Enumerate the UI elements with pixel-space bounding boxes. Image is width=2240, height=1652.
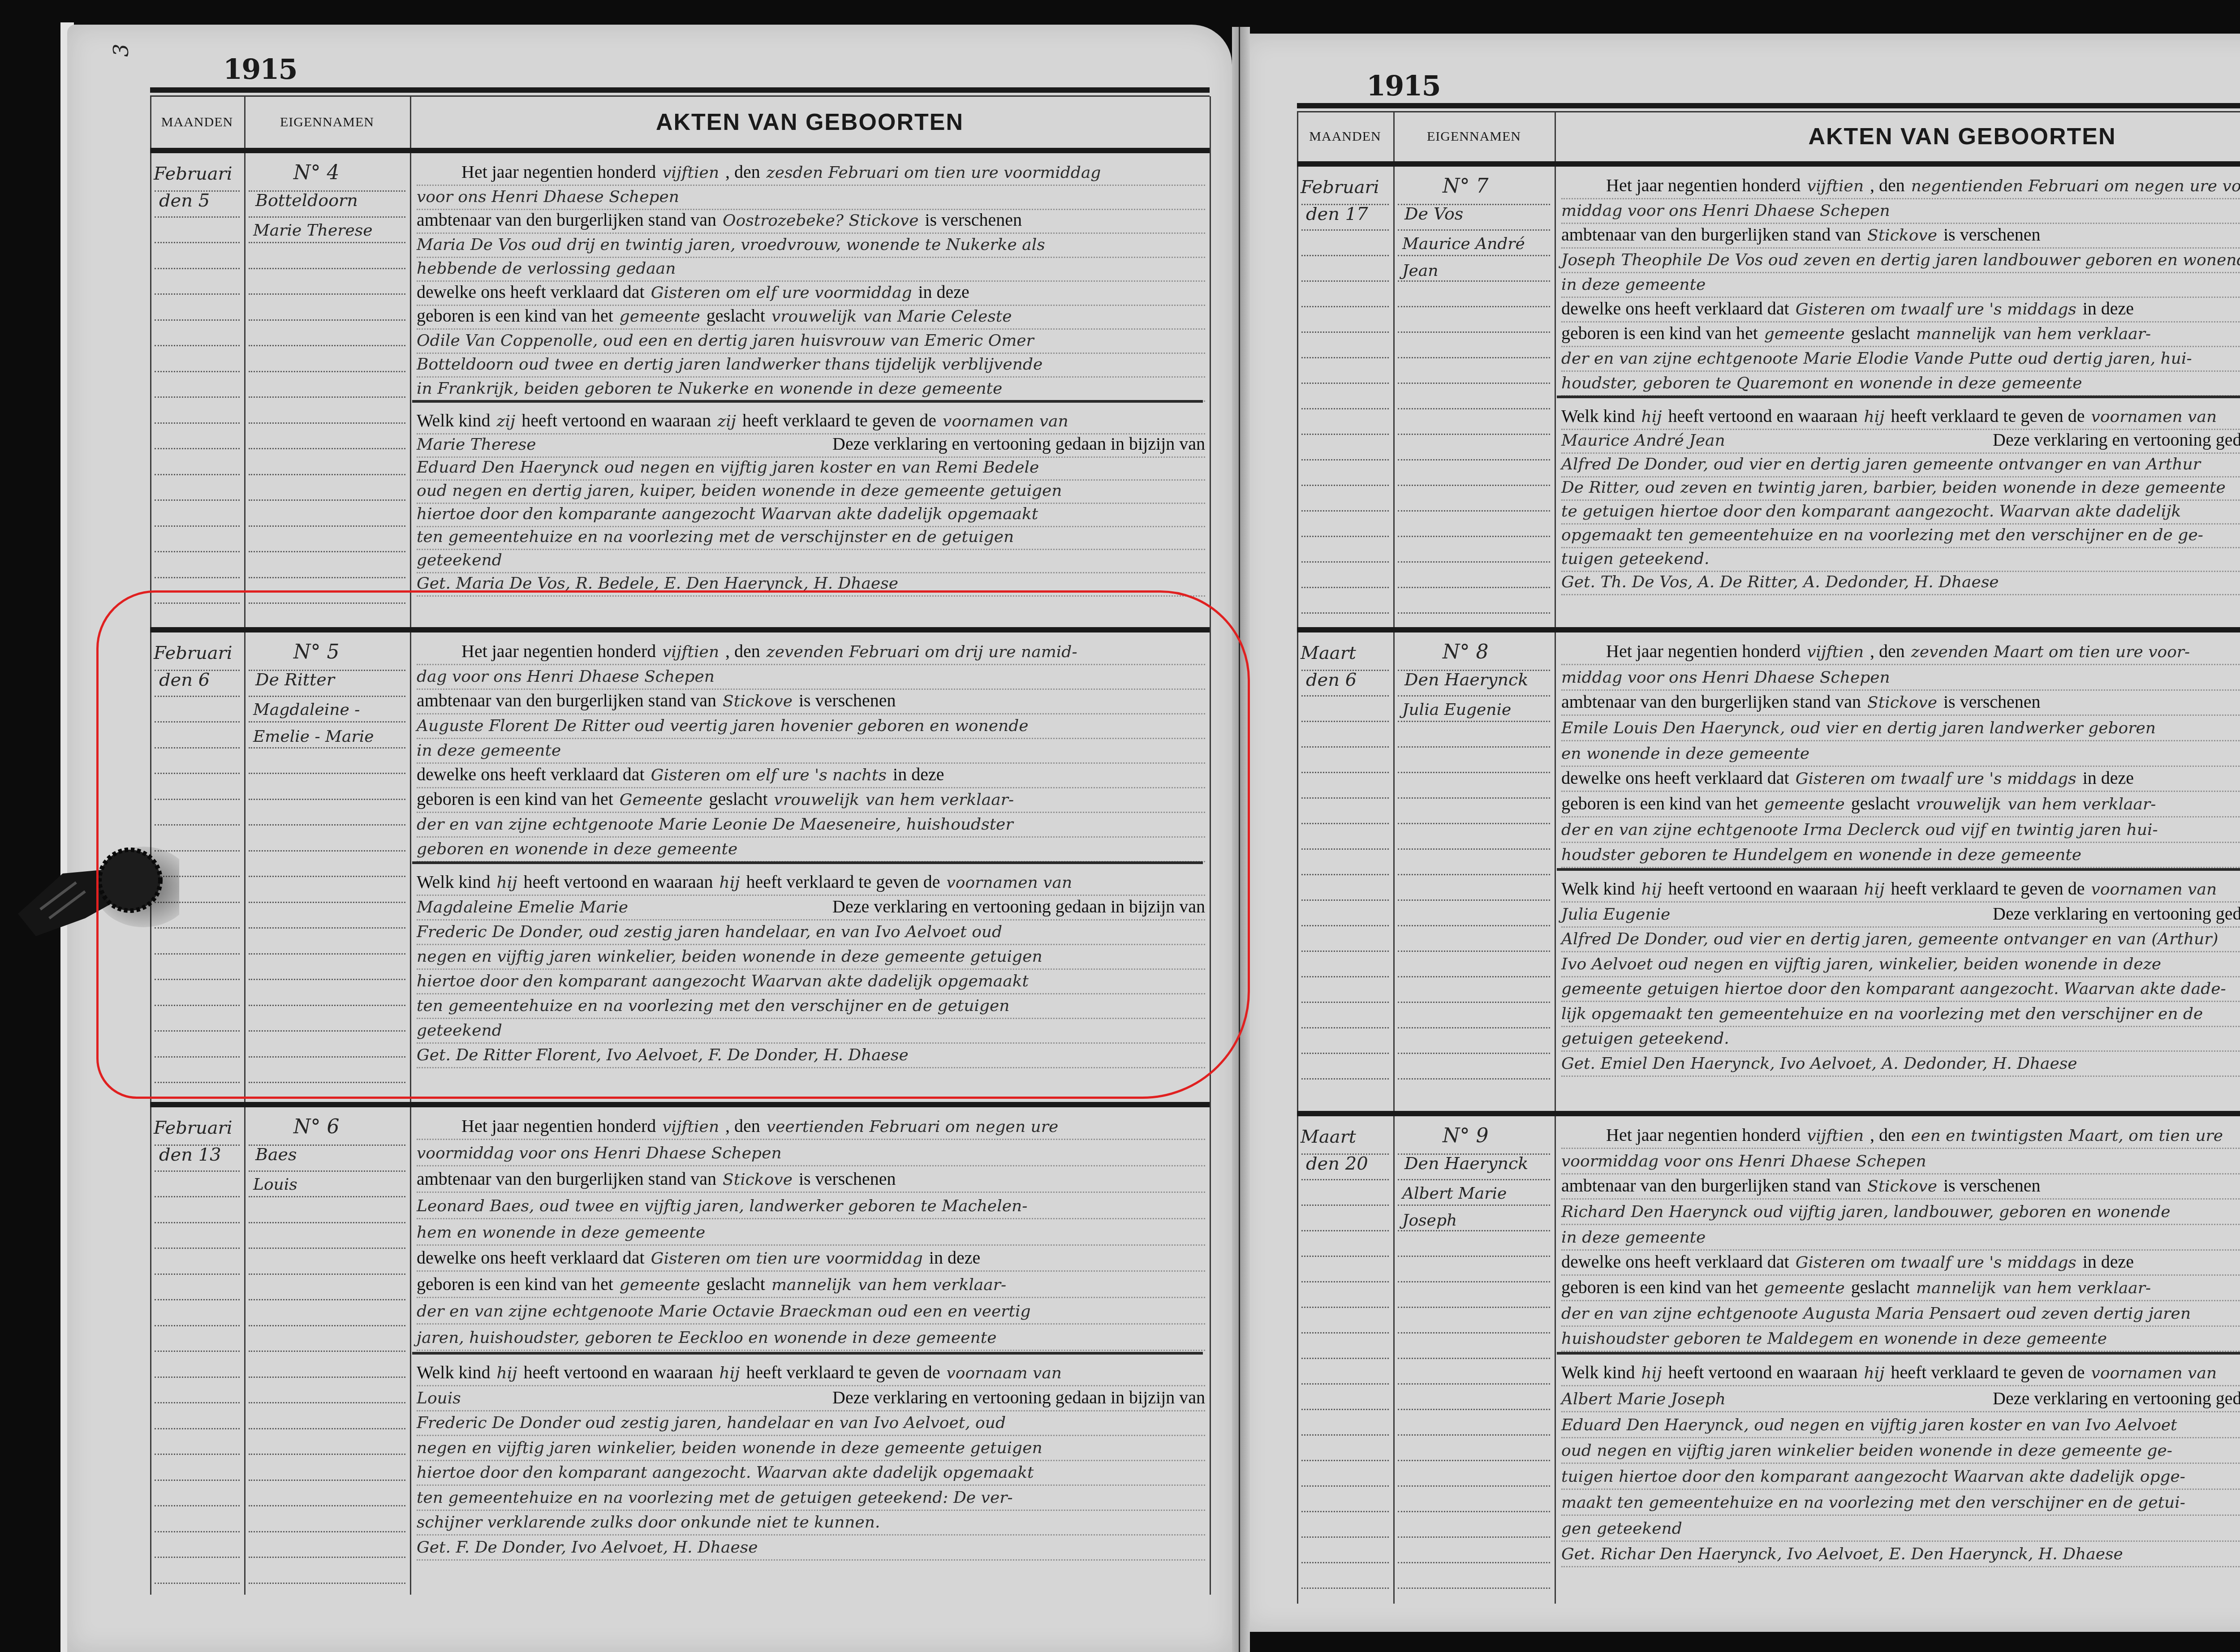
act-line: huishoudster geboren te Maldegem en wone… (1561, 1327, 2240, 1350)
printed-text: dewelke ons heeft verklaard dat (417, 282, 645, 302)
ruled-dotted-line (155, 1273, 240, 1275)
ruled-dotted-line (1301, 874, 1389, 875)
ruled-dotted-line (1301, 485, 1389, 486)
gutter-line (1239, 27, 1240, 1652)
handwritten-text: hij (1864, 408, 1885, 426)
ruled-dotted-line (1301, 1027, 1389, 1028)
ruled-dotted-line (1398, 1587, 1550, 1589)
ruled-dotted-line (249, 474, 405, 475)
handwritten-text: Leonard Baes, oud twee en vijftig jaren,… (417, 1197, 1027, 1215)
ruled-dotted-line (1561, 664, 2240, 665)
declaration-line: Deze verklaring en vertooning gedaan in … (1561, 1388, 2240, 1410)
handwritten-text: der en van zijne echtgenoote Irma Decler… (1561, 821, 2158, 839)
handwritten-text: voornamen van (2091, 408, 2217, 426)
handwritten-text: hij (1864, 880, 1885, 899)
header-top-rule (1297, 103, 2240, 108)
handwritten-text: Albert Marie Joseph (1561, 1390, 1726, 1408)
entry-surname: Baes (255, 1144, 297, 1164)
act-line: Het jaar negentien honderdvijftien, denz… (1606, 641, 2240, 663)
column-divider (1393, 112, 1395, 1604)
ruled-dotted-line (417, 1323, 1205, 1325)
handwritten-text: mannelijk (771, 1276, 852, 1294)
declaration-line: hiertoe door den komparante aangezocht W… (417, 503, 1205, 525)
ruled-dotted-line (1398, 357, 1550, 358)
entry-given-names: Albert Marie Joseph (1402, 1180, 1550, 1234)
handwritten-text: gemeente (1764, 325, 1845, 343)
handwritten-text: Gisteren om twaalf ure 's middags (1796, 1253, 2076, 1272)
ruled-dotted-line (1301, 1205, 1389, 1206)
handwritten-text: Gisteren om elf ure voormiddag (651, 284, 912, 302)
entry-day: den 6 (1306, 670, 1357, 690)
printed-text: ambtenaar van den burgerlijken stand van (417, 690, 716, 710)
handwritten-text: Get. F. De Donder, Ivo Aelvoet, H. Dhaes… (417, 1538, 758, 1557)
printed-text: Welk kind (417, 410, 491, 430)
ruled-dotted-line (249, 1273, 405, 1275)
handwritten-text: zevenden Februari om drij ure namid- (767, 643, 1077, 661)
handwritten-text: Frederic De Donder, oud zestig jaren han… (417, 923, 1002, 941)
ruled-dotted-line (1561, 1489, 2240, 1490)
entry-month: Februari (154, 643, 233, 663)
declaration-separator (412, 861, 1203, 864)
entry-given-names: Louis (253, 1171, 405, 1198)
ruled-dotted-line (1301, 255, 1389, 256)
entry-surname: Botteldoorn (255, 190, 358, 210)
handwritten-text: vijftien (662, 163, 719, 182)
entry-month: Februari (1301, 177, 1379, 198)
handwritten-text: Maria De Vos oud drij en twintig jaren, … (417, 236, 1045, 254)
handwritten-text: Stickove (1867, 226, 1937, 245)
ruled-dotted-line (155, 721, 240, 723)
declaration-line: ten gemeentehuize en na voorlezing met d… (417, 994, 1205, 1017)
handwritten-text: in deze gemeente (1561, 275, 1706, 294)
printed-text: Het jaar negentien honderd (461, 1116, 656, 1136)
declaration-line: Deze verklaring en vertooning gedaan in … (1561, 429, 2240, 452)
ruled-dotted-line (155, 747, 240, 749)
ruled-dotted-line (249, 319, 405, 321)
declaration-line: geteekend (417, 1019, 1205, 1041)
act-line: houdster, geboren te Quaremont en wonend… (1561, 372, 2240, 394)
declaration-line: lijk opgemaakt ten gemeentehuize en na v… (1561, 1002, 2240, 1025)
ruled-dotted-line (249, 1325, 405, 1326)
act-line: en wonende in deze gemeente (1561, 742, 2240, 765)
printed-text: Het jaar negentien honderd (1606, 1125, 1801, 1145)
printed-text: heeft verklaard te geven de (1891, 878, 2085, 899)
act-line: ambtenaar van den burgerlijken stand van… (417, 690, 1205, 712)
ruled-dotted-line (1561, 791, 2240, 792)
printed-text: heeft verklaard te geven de (1891, 1362, 2085, 1382)
handwritten-text: vijftien (1807, 643, 1864, 661)
printed-text: Welk kind (417, 1362, 491, 1382)
ruled-dotted-line (1301, 1078, 1389, 1080)
ruled-dotted-line (155, 1299, 240, 1300)
margin-mark-left: 3 (109, 43, 133, 56)
handwritten-text: lijk opgemaakt ten gemeentehuize en na v… (1561, 1005, 2203, 1023)
printed-text: Deze verklaring en vertooning gedaan in … (832, 433, 1205, 455)
ruled-dotted-line (249, 345, 405, 346)
ruled-dotted-line (155, 1325, 240, 1326)
ruled-dotted-line (1398, 331, 1550, 333)
ruled-dotted-line (1561, 740, 2240, 741)
ruled-dotted-line (1398, 1281, 1550, 1282)
ruled-dotted-line (155, 1082, 240, 1083)
ruled-dotted-line (155, 979, 240, 980)
printed-text: Deze verklaring en vertooning gedaan in … (832, 896, 1205, 917)
act-line: Leonard Baes, oud twee en vijftig jaren,… (417, 1195, 1205, 1217)
ruled-dotted-line (1561, 1514, 2240, 1516)
ruled-dotted-line (249, 1531, 405, 1532)
handwritten-text: voormiddag voor ons Henri Dhaese Schepen (1561, 1152, 1926, 1170)
ruled-dotted-line (1398, 510, 1550, 512)
handwritten-text: gemeente (620, 1276, 700, 1294)
ruled-dotted-line (155, 1056, 240, 1058)
handwritten-text: Gisteren om tien ure voormiddag (651, 1249, 923, 1268)
declaration-separator (1557, 868, 2240, 871)
ruled-dotted-line (1561, 1224, 2240, 1225)
handwritten-text: Alfred De Donder, oud vier en dertig jar… (1561, 930, 2218, 948)
ruled-dotted-line (155, 953, 240, 955)
handwritten-text: jaren, huishoudster, geboren te Eeckloo … (417, 1329, 997, 1347)
declaration-line: gemeente getuigen hiertoe door den kompa… (1561, 977, 2240, 1000)
ruled-dotted-line (1561, 1540, 2240, 1542)
act-line: dewelke ons heeft verklaard datGisteren … (417, 281, 1205, 304)
ruled-dotted-line (417, 1192, 1205, 1193)
column-divider (1297, 112, 1298, 1604)
ruled-dotted-line (1301, 587, 1389, 588)
declaration-line: ten gemeentehuize en na voorlezing met d… (417, 1486, 1205, 1509)
ruled-dotted-line (249, 1583, 405, 1584)
declaration-separator (412, 400, 1203, 403)
ruled-dotted-line (1561, 714, 2240, 716)
ruled-dotted-line (155, 1196, 240, 1197)
ruled-dotted-line (249, 577, 405, 578)
ruled-dotted-line (1301, 1460, 1389, 1461)
handwritten-text: Maurice André Jean (1561, 431, 1725, 450)
ruled-dotted-line (249, 525, 405, 527)
printed-text: geboren is een kind van het (417, 1274, 613, 1294)
handwritten-text: veertienden Februari om negen ure (767, 1118, 1058, 1136)
handwritten-text: Auguste Florent De Ritter oud veertig ja… (417, 717, 1029, 735)
handwritten-text: hij (1641, 408, 1662, 426)
printed-text: , den (725, 1116, 760, 1136)
column-header-title: Akten van geboorten (410, 96, 1210, 148)
act-line: Emile Louis Den Haerynck, oud vier en de… (1561, 717, 2240, 739)
handwritten-text: Eduard Den Haerynck, oud negen en vijfti… (1561, 1416, 2177, 1434)
handwritten-text: der en van zijne echtgenoote Marie Leoni… (417, 815, 1013, 834)
entry-day: den 17 (1306, 204, 1368, 224)
declaration-line: gen geteekend (1561, 1517, 2240, 1540)
handwritten-text: voornamen van (946, 873, 1072, 892)
printed-text: is verschenen (799, 1169, 896, 1189)
entry-day: den 5 (159, 190, 210, 211)
ruled-dotted-line (1301, 1358, 1389, 1359)
handwritten-text: Gisteren om twaalf ure 's middags (1796, 770, 2076, 788)
declaration-line: negen en vijftig jaren winkelier, beiden… (417, 945, 1205, 968)
handwritten-text: gemeente (1764, 1279, 1845, 1297)
ruled-dotted-line (1398, 1256, 1550, 1257)
printed-text: , den (725, 162, 760, 182)
ruled-dotted-line (249, 1005, 405, 1006)
ruled-dotted-line (249, 1480, 405, 1481)
printed-text: heeft vertoond en waaraan (523, 872, 713, 892)
act-line: ambtenaar van den burgerlijken stand van… (1561, 691, 2240, 714)
declaration-line: hiertoe door den komparant aangezocht. W… (417, 1461, 1205, 1484)
ruled-dotted-line (155, 602, 240, 604)
act-line: voormiddag voor ons Henri Dhaese Schepen (1561, 1150, 2240, 1172)
declaration-line: oud negen en dertig jaren, kuiper, beide… (417, 479, 1205, 502)
ruled-dotted-line (1301, 408, 1389, 409)
ruled-dotted-line (249, 1505, 405, 1506)
act-line: ambtenaar van den burgerlijken stand van… (1561, 1175, 2240, 1197)
ruled-dotted-line (1561, 1001, 2240, 1002)
ruled-dotted-line (1398, 612, 1550, 614)
act-line: geboren is een kind van hetGemeentegesla… (417, 788, 1205, 811)
ruled-dotted-line (155, 319, 240, 321)
handwritten-text: Oostrozebeke? Stickove (723, 211, 918, 230)
printed-text: heeft vertoond en waaraan (1668, 1362, 1857, 1382)
handwritten-text: der en van zijne echtgenoote Marie Octav… (417, 1302, 1031, 1321)
act-line: Het jaar negentien honderdvijftien, denz… (461, 641, 1205, 663)
act-line: voor ons Henri Dhaese Schepen (417, 185, 1205, 208)
ruled-dotted-line (1301, 331, 1389, 333)
ruled-dotted-line (249, 1056, 405, 1058)
ruled-dotted-line (1561, 1566, 2240, 1567)
declaration-line: Deze verklaring en vertooning gedaan in … (417, 1387, 1205, 1409)
handwritten-text: Marie Therese (417, 435, 536, 454)
ruled-dotted-line (1561, 842, 2240, 843)
ruled-dotted-line (1561, 951, 2240, 952)
ruled-dotted-line (155, 799, 240, 800)
ruled-dotted-line (155, 1428, 240, 1429)
act-line: in deze gemeente (417, 739, 1205, 761)
declaration-line: Eduard Den Haerynck, oud negen en vijfti… (1561, 1414, 2240, 1436)
signatures-line: Get. Richar Den Haerynck, Ivo Aelvoet, E… (1561, 1543, 2240, 1565)
entry-month: Maart (1301, 1127, 1356, 1147)
ruled-dotted-line (249, 953, 405, 955)
handwritten-text: hij (1864, 1364, 1885, 1382)
ruled-dotted-line (1301, 1332, 1389, 1334)
handwritten-text: vijftien (662, 1118, 719, 1136)
column-header-names: Eigennamen (1393, 112, 1555, 161)
ruled-dotted-line (155, 1480, 240, 1481)
signatures-line: Get. Th. De Vos, A. De Ritter, A. Dedond… (1561, 571, 2240, 593)
printed-text: Welk kind (417, 872, 491, 892)
column-divider (1555, 112, 1556, 1604)
handwritten-text: Get. Emiel Den Haerynck, Ivo Aelvoet, A.… (1561, 1054, 2077, 1073)
ruled-dotted-line (155, 422, 240, 424)
ruled-dotted-line (155, 216, 240, 218)
ruled-dotted-line (1398, 925, 1550, 926)
handwritten-text: hiertoe door den komparant aangezocht. W… (417, 1463, 1034, 1482)
declaration-line: Deze verklaring en vertooning gedaan in … (417, 433, 1205, 456)
ruled-dotted-line (249, 1428, 405, 1429)
handwritten-text: Get. De Ritter Florent, Ivo Aelvoet, F. … (417, 1046, 909, 1064)
ruled-dotted-line (417, 1460, 1205, 1461)
declaration-line: Welk kindhijheeft vertoond en waaraanhij… (1561, 878, 2240, 900)
act-line: geboren is een kind van hetgemeentegesla… (1561, 323, 2240, 345)
ruled-dotted-line (249, 876, 405, 877)
ruled-dotted-line (249, 773, 405, 774)
entry-separator-rule (1297, 161, 2240, 167)
declaration-line: Frederic De Donder oud zestig jaren, han… (417, 1411, 1205, 1434)
ruled-dotted-line (1398, 1078, 1550, 1080)
handwritten-text: Stickove (723, 692, 793, 710)
ruled-dotted-line (1398, 536, 1550, 537)
ruled-dotted-line (1398, 1536, 1550, 1538)
ruled-dotted-line (155, 824, 240, 826)
ruled-dotted-line (417, 1270, 1205, 1272)
declaration-line: geteekend (417, 549, 1205, 571)
ruled-dotted-line (1398, 1027, 1550, 1028)
handwritten-text: Magdaleine Emelie Marie (417, 898, 628, 916)
ruled-dotted-line (155, 242, 240, 243)
handwritten-text: zij (497, 412, 516, 430)
handwritten-text: vijftien (662, 643, 719, 661)
ruled-dotted-line (1561, 1026, 2240, 1027)
act-line: in deze gemeente (1561, 1226, 2240, 1248)
ruled-dotted-line (1301, 1281, 1389, 1282)
printed-text: , den (1870, 175, 1905, 195)
printed-text: Het jaar negentien honderd (461, 162, 656, 182)
entry-number: N° 4 (293, 161, 339, 184)
printed-text: Deze verklaring en vertooning gedaan in … (832, 1387, 1205, 1408)
ruled-dotted-line (1301, 797, 1389, 799)
ruled-dotted-line (155, 499, 240, 501)
declaration-line: opgemaakt ten gemeentehuize en na voorle… (1561, 524, 2240, 546)
ruled-dotted-line (249, 979, 405, 980)
ruled-dotted-line (1301, 1536, 1389, 1538)
handwritten-text: Gisteren om elf ure 's nachts (651, 766, 887, 784)
ruled-dotted-line (249, 902, 405, 903)
printed-text: geslacht (1851, 1277, 1910, 1297)
declaration-line: Welk kindhijheeft vertoond en waaraanhij… (1561, 405, 2240, 428)
ruled-dotted-line (1561, 901, 2240, 903)
printed-text: Het jaar negentien honderd (461, 641, 656, 661)
page-year-left: 1915 (223, 53, 297, 86)
ruled-dotted-line (249, 927, 405, 929)
act-line: middag voor ons Henri Dhaese Schepen (1561, 666, 2240, 688)
ruled-dotted-line (417, 1559, 1205, 1561)
ruled-dotted-line (155, 1351, 240, 1352)
handwritten-text: schijner verklarende zulks door onkunde … (417, 1513, 880, 1532)
ruled-dotted-line (249, 1222, 405, 1223)
entry-separator-rule (1297, 1111, 2240, 1116)
ruled-dotted-line (155, 551, 240, 552)
declaration-line: Deze verklaring en vertooning gedaan in … (417, 896, 1205, 918)
ruled-dotted-line (155, 1583, 240, 1584)
printed-text: in deze (2083, 298, 2134, 318)
printed-text: Welk kind (1561, 878, 1635, 899)
signatures-line: Get. Emiel Den Haerynck, Ivo Aelvoet, A.… (1561, 1052, 2240, 1075)
handwritten-text: Louis (417, 1389, 461, 1407)
ruled-dotted-line (417, 1510, 1205, 1511)
entry-number: N° 6 (293, 1115, 339, 1138)
ruled-dotted-line (1561, 926, 2240, 928)
printed-text: is verschenen (1943, 692, 2041, 712)
printed-text: heeft vertoond en waaraan (521, 410, 711, 430)
declaration-line: Alfred De Donder, oud vier en dertig jar… (1561, 453, 2240, 475)
handwritten-text: van hem verklaar- (858, 1276, 1006, 1294)
ruled-dotted-line (1398, 1460, 1550, 1461)
ruled-dotted-line (249, 1557, 405, 1558)
ruled-dotted-line (1561, 1463, 2240, 1464)
handwritten-text: Stickove (1867, 1177, 1937, 1196)
handwritten-text: hij (497, 1364, 517, 1382)
act-line: houdster geboren te Hundelgem en wonende… (1561, 843, 2240, 866)
ruled-dotted-line (1301, 1587, 1389, 1589)
entry-surname: De Vos (1404, 204, 1463, 224)
act-line: voormiddag voor ons Henri Dhaese Schepen (417, 1142, 1205, 1164)
ruled-dotted-line (1301, 306, 1389, 307)
declaration-line: getuigen geteekend. (1561, 1027, 2240, 1050)
ruled-dotted-line (1561, 766, 2240, 767)
ruled-dotted-line (1398, 408, 1550, 409)
declaration-separator (1557, 396, 2240, 398)
declaration-line: Welk kindhijheeft vertoond en waaraanhij… (417, 1362, 1205, 1384)
act-line: der en van zijne echtgenoote Marie Octav… (417, 1300, 1205, 1322)
ruled-dotted-line (1398, 823, 1550, 824)
handwritten-text: oud negen en dertig jaren, kuiper, beide… (417, 482, 1062, 500)
ruled-dotted-line (155, 1030, 240, 1032)
handwritten-text: oud negen en vijftig jaren winkelier bei… (1561, 1441, 2172, 1460)
ruled-dotted-line (249, 1299, 405, 1300)
ruled-dotted-line (417, 1139, 1205, 1140)
entry-given-names: Marie Therese (253, 217, 405, 244)
printed-text: Welk kind (1561, 406, 1635, 426)
ruled-dotted-line (1561, 1076, 2240, 1077)
handwritten-text: Botteldoorn oud twee en dertig jaren lan… (417, 355, 1042, 374)
ruled-dotted-line (1301, 899, 1389, 901)
handwritten-text: Julia Eugenie (1561, 905, 1670, 924)
ruled-dotted-line (1561, 1274, 2240, 1276)
ruled-dotted-line (1398, 587, 1550, 588)
printed-text: is verschenen (925, 210, 1022, 230)
handwritten-text: negen en vijftig jaren winkelier, beiden… (417, 1439, 1042, 1457)
ruled-dotted-line (417, 1385, 1205, 1386)
entry-separator-rule (150, 627, 1210, 632)
printed-text: geslacht (1851, 793, 1910, 813)
printed-text: heeft verklaard te geven de (746, 872, 940, 892)
act-line: ambtenaar van den burgerlijken stand van… (417, 209, 1205, 232)
column-divider (410, 96, 411, 1595)
handwritten-text: Stickove (1867, 693, 1937, 712)
ruled-dotted-line (155, 448, 240, 449)
declaration-line: negen en vijftig jaren winkelier, beiden… (417, 1437, 1205, 1459)
ruled-dotted-line (155, 577, 240, 578)
ruled-dotted-line (1398, 976, 1550, 977)
ruled-dotted-line (155, 268, 240, 269)
column-header-months: Maanden (1297, 112, 1393, 161)
ruled-dotted-line (1561, 1325, 2240, 1327)
handwritten-text: ten gemeentehuize en na voorlezing met d… (417, 997, 1010, 1015)
handwritten-text: hij (1641, 880, 1662, 899)
ruled-dotted-line (1301, 383, 1389, 384)
handwritten-text: opgemaakt ten gemeentehuize en na voorle… (1561, 526, 2203, 544)
printed-text: ambtenaar van den burgerlijken stand van (1561, 692, 1861, 712)
ruled-dotted-line (1301, 1485, 1389, 1487)
printed-text: heeft verklaard te geven de (746, 1362, 940, 1382)
handwritten-text: gen geteekend (1561, 1519, 1682, 1538)
handwritten-text: Odile Van Coppenolle, oud een en dertig … (417, 331, 1034, 350)
handwritten-text: Ivo Aelvoet oud negen en vijftig jaren, … (1561, 955, 2161, 973)
act-line: der en van zijne echtgenoote Marie Leoni… (417, 813, 1205, 835)
act-line: dewelke ons heeft verklaard datGisteren … (1561, 1251, 2240, 1273)
handwritten-text: houdster geboren te Hundelgem en wonende… (1561, 846, 2081, 864)
ruled-dotted-line (1301, 1179, 1389, 1180)
handwritten-text: vijftien (1807, 1127, 1864, 1145)
entry-number: N° 7 (1443, 175, 1488, 198)
ruled-dotted-line (1301, 1256, 1389, 1257)
handwritten-text: van hem verklaar- (866, 791, 1014, 809)
